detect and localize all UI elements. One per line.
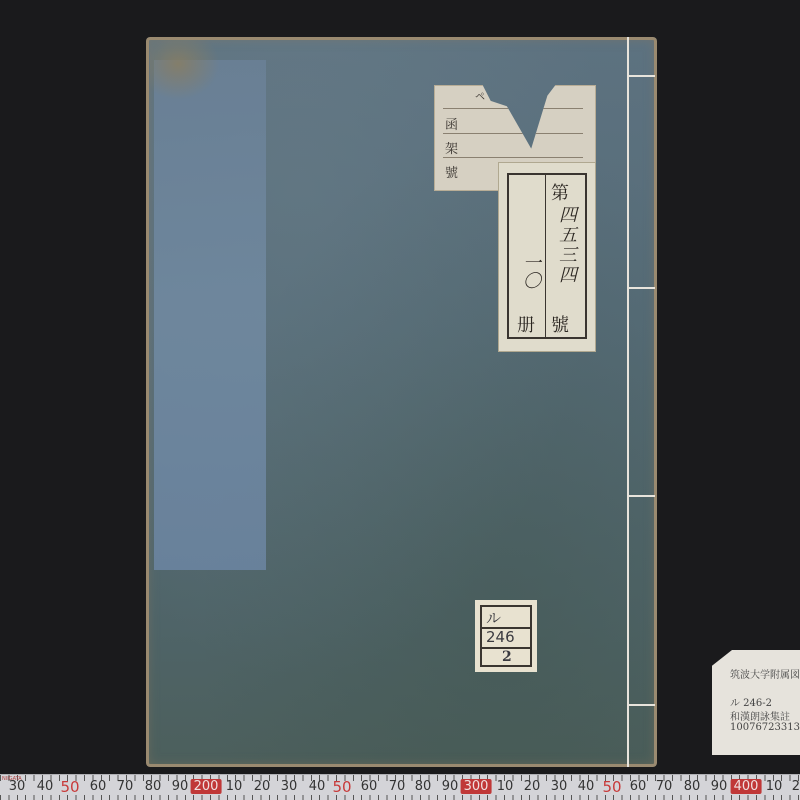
binding-stitch (629, 495, 655, 497)
ruler-label: 50 (332, 778, 351, 796)
card-call-number: ル 246-2 (730, 694, 772, 709)
call-number-label: ル 246 2 (475, 600, 537, 672)
volume-unit: 册 (517, 311, 535, 337)
volume-suffix: 號 (551, 311, 569, 337)
ruler-label: 80 (145, 779, 162, 794)
shelf-label-top: ペ (475, 88, 485, 103)
ruler-label: 200 (191, 779, 222, 794)
ruler-label: 20 (524, 779, 541, 794)
call-number-box: ル 246 2 (480, 605, 532, 667)
measuring-ruler: NIIGATA 30 40 50 60 70 80 90 200 10 20 3… (0, 774, 800, 800)
corner-wear (150, 40, 220, 100)
ruler-label: 70 (656, 779, 673, 794)
volume-label: 第 四五三四 號 一〇 册 (498, 162, 596, 352)
divider (443, 133, 583, 134)
ruler-label: 60 (630, 779, 647, 794)
volume-number: 四五三四 (553, 205, 579, 305)
ruler-label: 400 (731, 779, 762, 794)
ruler-label: 60 (361, 779, 378, 794)
binding-stitch (629, 704, 655, 706)
library-card: 筑波大学附属図 ル 246-2 和漢朗詠集註 10076723313 (712, 650, 800, 755)
ruler-label: 50 (60, 778, 79, 796)
ruler-label: 20 (792, 779, 800, 794)
ruler-label: 80 (684, 779, 701, 794)
ruler-label: 30 (551, 779, 568, 794)
shelf-cell: 函 (445, 114, 458, 133)
ruler-label: 10 (766, 779, 783, 794)
ruler-label: 30 (9, 779, 26, 794)
ruler-label: 40 (37, 779, 54, 794)
volume-prefix: 第 (551, 179, 569, 205)
ruler-label: 50 (602, 778, 621, 796)
institution-name: 筑波大学附属図 (730, 666, 800, 681)
ruler-ticks (0, 795, 800, 800)
copy-number: 2 (482, 649, 530, 667)
call-number-row: ル 246 (482, 607, 530, 629)
ruler-label: 40 (309, 779, 326, 794)
ruler-label: 90 (711, 779, 728, 794)
ruler-label: 10 (497, 779, 514, 794)
ruler-label: 80 (415, 779, 432, 794)
shelf-cell: 架 (445, 138, 458, 157)
binding-stitch (629, 287, 655, 289)
card-title: 和漢朗詠集註 (730, 708, 790, 723)
title-strip-faded (154, 60, 266, 570)
binding-thread (627, 37, 629, 767)
ruler-label: 90 (172, 779, 189, 794)
divider (545, 175, 546, 337)
ruler-label: 30 (281, 779, 298, 794)
shelf-cell: 號 (445, 162, 458, 181)
ruler-label: 20 (254, 779, 271, 794)
card-barcode: 10076723313 (730, 722, 800, 733)
ruler-label: 90 (442, 779, 459, 794)
ruler-label: 60 (90, 779, 107, 794)
ruler-label: 70 (117, 779, 134, 794)
call-number-row (482, 629, 530, 649)
ruler-label: 300 (461, 779, 492, 794)
binding-stitch (629, 75, 655, 77)
ruler-label: 10 (226, 779, 243, 794)
divider (443, 157, 583, 158)
volume-count: 一〇 (517, 253, 543, 303)
ruler-label: 40 (578, 779, 595, 794)
ruler-label: 70 (389, 779, 406, 794)
volume-label-frame: 第 四五三四 號 一〇 册 (507, 173, 587, 339)
